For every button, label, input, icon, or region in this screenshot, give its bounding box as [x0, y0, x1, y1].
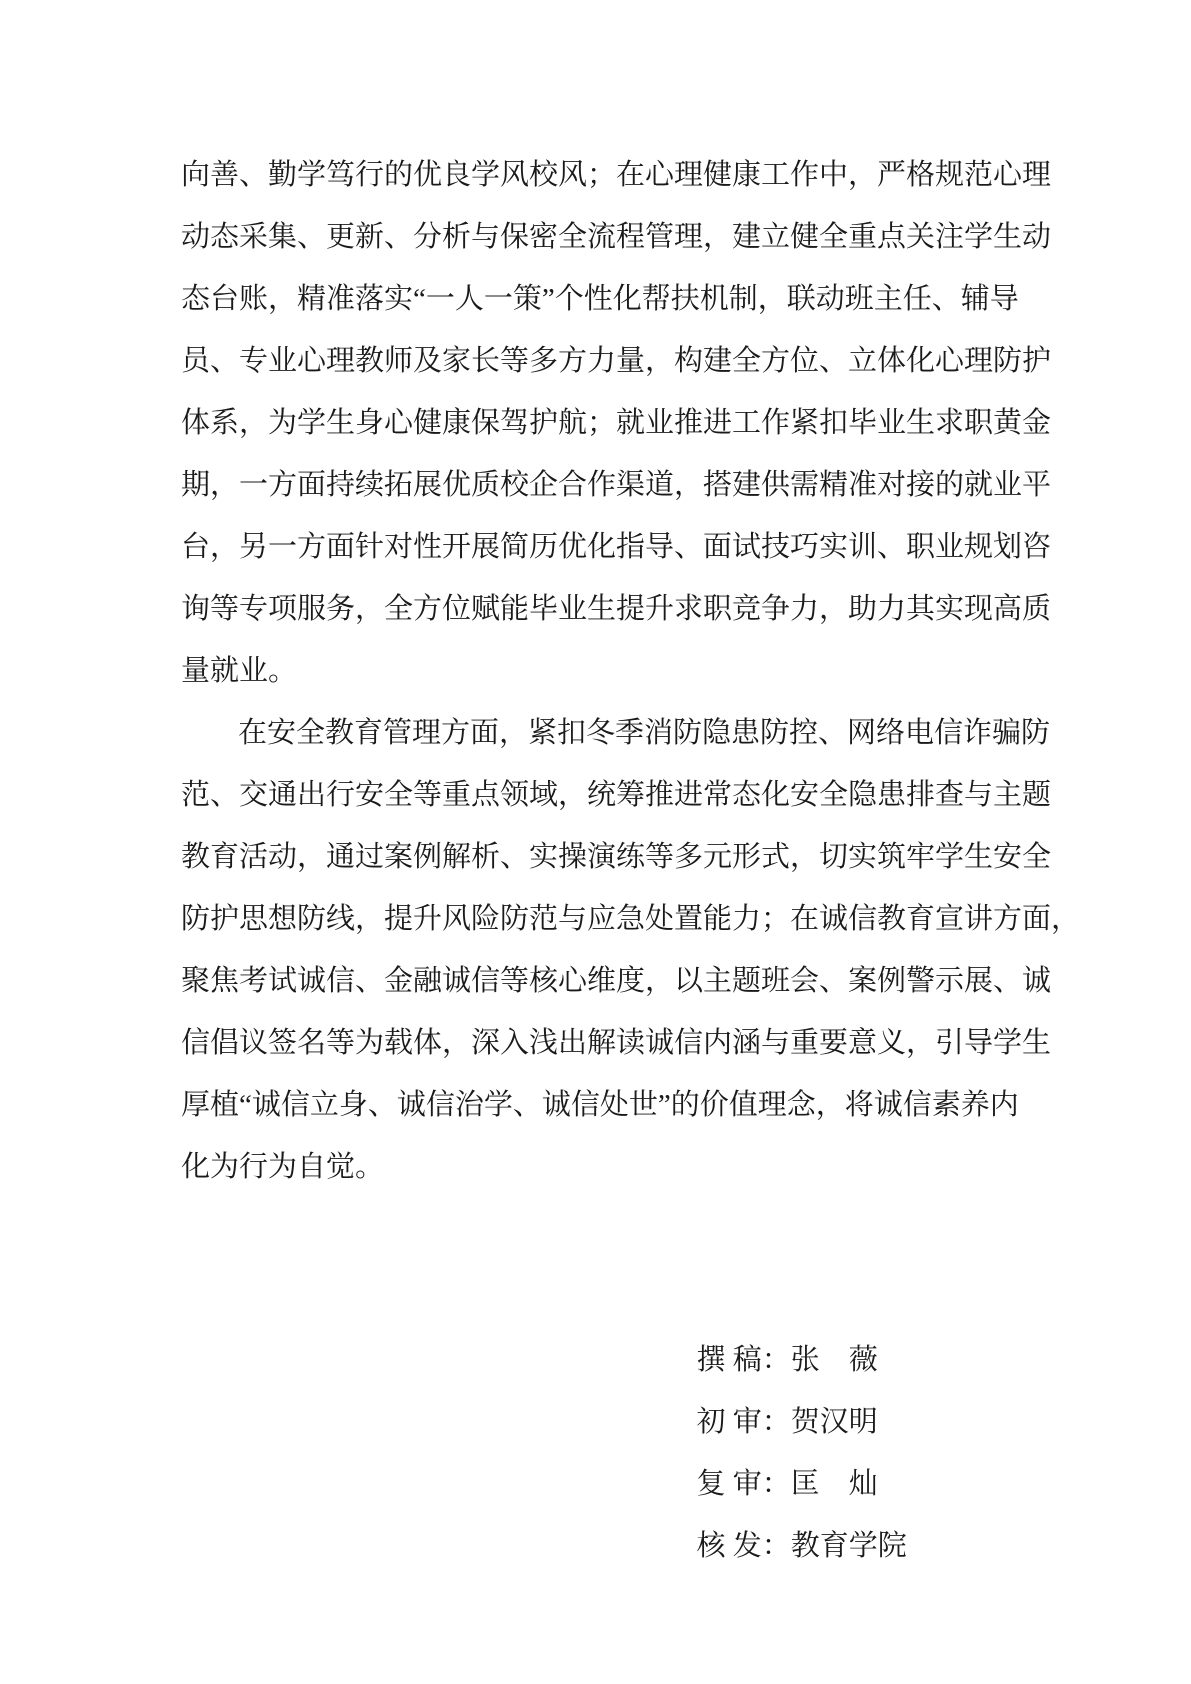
- signature-colon: ：: [762, 1530, 791, 1562]
- signature-block: 撰 稿：张 薇 初 审：贺汉明 复 审：匡 灿 核 发：教育学院: [653, 1267, 907, 1515]
- text-line: 态台账，精准落实“一人一策”个性化帮扶机制，联动班主任、辅导: [181, 268, 1007, 330]
- document-page: 向善、勤学笃行的优良学风校风；在心理健康工作中，严格规范心理 动态采集、更新、分…: [0, 0, 1191, 1684]
- signature-value: 匡 灿: [791, 1468, 878, 1500]
- text-line: 信倡议签名等为载体，深入浅出解读诚信内涵与重要意义，引导学生: [181, 1012, 1007, 1074]
- text-line: 询等专项服务，全方位赋能毕业生提升求职竞争力，助力其实现高质: [181, 578, 1007, 640]
- signature-label: 初 审: [697, 1406, 762, 1438]
- signature-colon: ：: [762, 1406, 791, 1438]
- signature-label: 核 发: [697, 1530, 762, 1562]
- signature-value: 教育学院: [791, 1530, 907, 1562]
- text-line: 向善、勤学笃行的优良学风校风；在心理健康工作中，严格规范心理: [181, 144, 1007, 206]
- text-line: 期，一方面持续拓展优质校企合作渠道，搭建供需精准对接的就业平: [181, 454, 1007, 516]
- signature-line-drafter: 撰 稿：张 薇: [653, 1267, 907, 1329]
- signature-label: 撰 稿: [697, 1344, 762, 1376]
- document-body: 向善、勤学笃行的优良学风校风；在心理健康工作中，严格规范心理 动态采集、更新、分…: [181, 144, 1007, 1198]
- text-line: 厚植“诚信立身、诚信治学、诚信处世”的价值理念，将诚信素养内: [181, 1074, 1007, 1136]
- text-line: 教育活动，通过案例解析、实操演练等多元形式，切实筑牢学生安全: [181, 826, 1007, 888]
- signature-value: 张 薇: [791, 1344, 878, 1376]
- text-line: 防护思想防线，提升风险防范与应急处置能力；在诚信教育宣讲方面，: [181, 888, 1007, 950]
- signature-colon: ：: [762, 1468, 791, 1500]
- text-line: 范、交通出行安全等重点领域，统筹推进常态化安全隐患排查与主题: [181, 764, 1007, 826]
- signature-colon: ：: [762, 1344, 791, 1376]
- text-line: 聚焦考试诚信、金融诚信等核心维度，以主题班会、案例警示展、诚: [181, 950, 1007, 1012]
- text-line: 体系，为学生身心健康保驾护航；就业推进工作紧扣毕业生求职黄金: [181, 392, 1007, 454]
- text-line: 员、专业心理教师及家长等多方力量，构建全方位、立体化心理防护: [181, 330, 1007, 392]
- text-line: 量就业。: [181, 640, 1007, 702]
- signature-value: 贺汉明: [791, 1406, 878, 1438]
- text-line: 台，另一方面针对性开展简历优化指导、面试技巧实训、职业规划咨: [181, 516, 1007, 578]
- text-line: 在安全教育管理方面，紧扣冬季消防隐患防控、网络电信诈骗防: [181, 702, 1007, 764]
- text-line: 动态采集、更新、分析与保密全流程管理，建立健全重点关注学生动: [181, 206, 1007, 268]
- signature-label: 复 审: [697, 1468, 762, 1500]
- text-line: 化为行为自觉。: [181, 1136, 1007, 1198]
